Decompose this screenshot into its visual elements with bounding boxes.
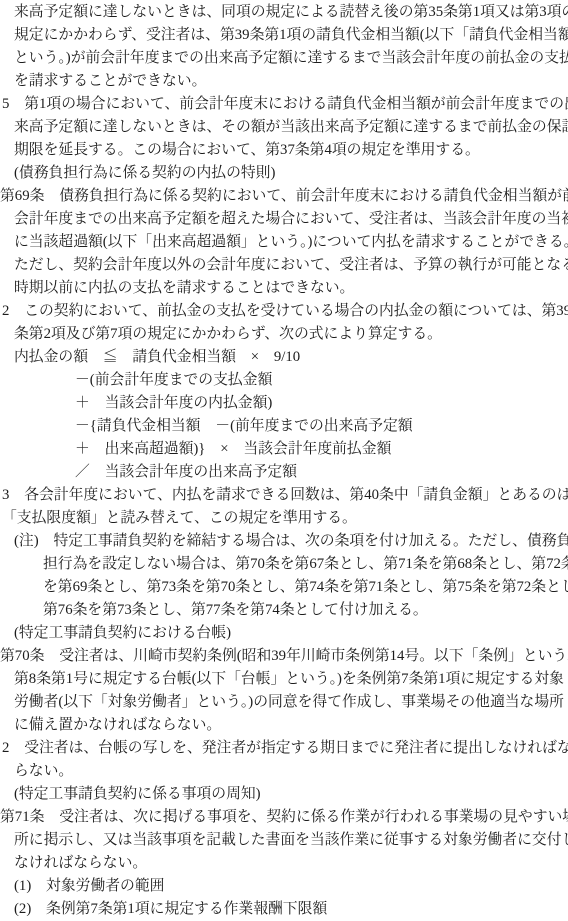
document-line: 担行為を設定しない場合は、第70条を第67条とし、第71条を第68条とし、第72… bbox=[43, 553, 568, 576]
document-line: (債務負担行為に係る契約の内払の特則) bbox=[14, 162, 568, 185]
document-line: に備え置かなければならない。 bbox=[14, 714, 568, 737]
document-line: を第69条とし、第73条を第70条とし、第74条を第71条とし、第75条を第72… bbox=[43, 576, 568, 599]
document-line: なければならない。 bbox=[14, 852, 568, 875]
document-line: 2 この契約において、前払金の支払を受けている場合の内払金の額については、第39 bbox=[2, 300, 568, 323]
document-line: に当該超過額(以下「出来高超過額」という。)について内払を請求することができる。 bbox=[14, 231, 568, 254]
document-line: 来高予定額に達しないときは、その額が当該出来高予定額に達するまで前払金の保証 bbox=[14, 116, 568, 139]
document-line: ただし、契約会計年度以外の会計年度において、受注者は、予算の執行が可能となる bbox=[14, 254, 568, 277]
document-line: (注) 特定工事請負契約を締結する場合は、次の条項を付け加える。ただし、債務負 bbox=[14, 530, 568, 553]
document-line: (特定工事請負契約に係る事項の周知) bbox=[14, 783, 568, 806]
document-line: ／ 当該会計年度の出来高予定額 bbox=[75, 461, 568, 484]
document-line: (1) 対象労働者の範囲 bbox=[14, 875, 568, 898]
document-line: らない。 bbox=[14, 760, 568, 783]
document-line: 規定にかかわらず、受注者は、第39条第1項の請負代金相当額(以下「請負代金相当額… bbox=[14, 24, 568, 47]
document-line: 時期以前に内払の支払を請求することはできない。 bbox=[14, 277, 568, 300]
document-line: (特定工事請負契約における台帳) bbox=[14, 622, 568, 645]
document-line: 内払金の額 ≦ 請負代金相当額 × 9/10 bbox=[14, 346, 568, 369]
document-line: 5 第1項の場合において、前会計年度末における請負代金相当額が前会計年度までの出 bbox=[2, 93, 568, 116]
document-line: －{請負代金相当額 －(前年度までの出来高予定額 bbox=[75, 415, 568, 438]
document-line: ＋ 出来高超過額)} × 当該会計年度前払金額 bbox=[75, 438, 568, 461]
document-line: 条第2項及び第7項の規定にかかわらず、次の式により算定する。 bbox=[14, 323, 568, 346]
document-line: 「支払限度額」と読み替えて、この規定を準用する。 bbox=[2, 507, 568, 530]
document-line: 来高予定額に達しないときは、同項の規定による読替え後の第35条第1項又は第3項の bbox=[14, 1, 568, 24]
document-line: 第76条を第73条とし、第77条を第74条として付け加える。 bbox=[43, 599, 568, 622]
document-line: 第70条 受注者は、川崎市契約条例(昭和39年川崎市条例第14号。以下「条例」と… bbox=[0, 645, 568, 668]
document-line: という。)が前会計年度までの出来高予定額に達するまで当該会計年度の前払金の支払 bbox=[14, 47, 568, 70]
document-line: ＋ 当該会計年度の内払金額) bbox=[75, 392, 568, 415]
document-line: 2 受注者は、台帳の写しを、発注者が指定する期日までに発注者に提出しなければな bbox=[2, 737, 568, 760]
document-line: 会計年度までの出来高予定額を超えた場合において、受注者は、当該会計年度の当初 bbox=[14, 208, 568, 231]
document-line: 労働者(以下「対象労働者」という。)の同意を得て作成し、事業場その他適当な場所 bbox=[14, 691, 568, 714]
document-line: 3 各会計年度において、内払を請求できる回数は、第40条中「請負金額」とあるのは bbox=[2, 484, 568, 507]
document-line: 期限を延長する。この場合において、第37条第4項の規定を準用する。 bbox=[14, 139, 568, 162]
document-line: 第71条 受注者は、次に掲げる事項を、契約に係る作業が行われる事業場の見やすい場 bbox=[0, 806, 568, 829]
document-line: 第8条第1号に規定する台帳(以下「台帳」という。)を条例第7条第1項に規定する対… bbox=[14, 668, 568, 691]
document-line: 所に掲示し、又は当該事項を記載した書面を当該作業に従事する対象労働者に交付し bbox=[14, 829, 568, 852]
document-line: を請求することができない。 bbox=[14, 70, 568, 93]
document-line: (2) 条例第7条第1項に規定する作業報酬下限額 bbox=[14, 898, 568, 921]
document-line: 第69条 債務負担行為に係る契約において、前会計年度末における請負代金相当額が前 bbox=[0, 185, 568, 208]
document-line: －(前会計年度までの支払金額 bbox=[75, 369, 568, 392]
document-body: 来高予定額に達しないときは、同項の規定による読替え後の第35条第1項又は第3項の… bbox=[0, 1, 568, 921]
document-page: 来高予定額に達しないときは、同項の規定による読替え後の第35条第1項又は第3項の… bbox=[0, 0, 568, 921]
